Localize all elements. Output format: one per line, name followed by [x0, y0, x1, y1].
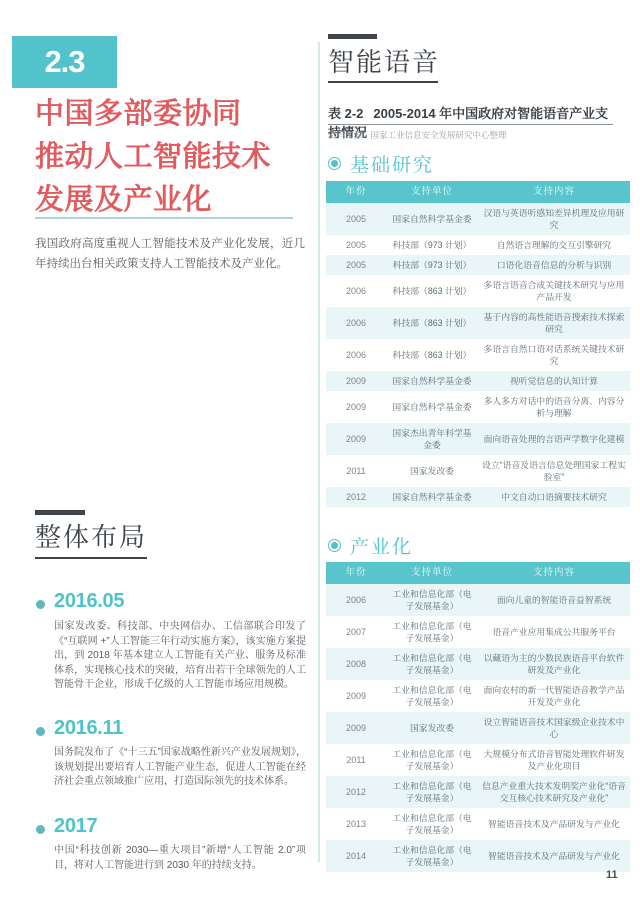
cell-support-content: 汉语与英语听感知差异机理及应用研究: [478, 203, 630, 235]
cell-year: 2009: [326, 391, 386, 423]
cell-year: 2011: [326, 744, 386, 776]
speech-heading: 智能语音: [328, 42, 440, 79]
cell-support-unit: 工业和信息化部（电子发展基金）: [386, 616, 478, 648]
section-header-industrialization: 产业化: [328, 532, 413, 559]
table-row: 2006科技部（863 计划）多语言自然口语对话系统关键技术研究: [326, 339, 630, 371]
table-row: 2012工业和信息化部（电子发展基金）信息产业重大技术发明奖产业化“语音交互核心…: [326, 776, 630, 808]
report-page: 2.3 中国多部委协同 推动人工智能技术 发展及产业化 我国政府高度重视人工智能…: [0, 0, 640, 905]
column-divider: [318, 42, 320, 862]
cell-support-content: 信息产业重大技术发明奖产业化“语音交互核心技术研究及产业化”: [478, 776, 630, 808]
industrialization-table: 年份支持单位支持内容2006工业和信息化部（电子发展基金）面向儿童的智能语音益智…: [326, 562, 630, 872]
table-row: 2006工业和信息化部（电子发展基金）面向儿童的智能语音益智系统: [326, 584, 630, 616]
page-title-line-2: 推动人工智能技术: [35, 136, 307, 179]
cell-support-content: 设立智能语音技术国家级企业技术中心: [478, 712, 630, 744]
cell-support-unit: 国家发改委: [386, 455, 478, 487]
cell-support-content: 多语言语音合成关键技术研究与应用产品开发: [478, 275, 630, 307]
cell-support-unit: 科技部（973 计划）: [386, 255, 478, 275]
cell-year: 2012: [326, 487, 386, 507]
timeline-date: 2016.05: [54, 590, 124, 613]
timeline-dot: [36, 600, 45, 609]
cell-support-content: 视听觉信息的认知计算: [478, 371, 630, 391]
bullseye-icon: [328, 157, 341, 170]
cell-support-unit: 工业和信息化部（电子发展基金）: [386, 776, 478, 808]
cell-support-unit: 国家发改委: [386, 712, 478, 744]
heading-underline: [328, 81, 438, 83]
timeline-entry-text: 中国“科技创新 2030—重大项目”新增“人工智能 2.0”项目，将对人工智能进…: [54, 844, 306, 873]
section-header-basic-research: 基础研究: [328, 150, 434, 177]
title-divider: [35, 217, 293, 219]
page-title: 中国多部委协同 推动人工智能技术 发展及产业化: [35, 93, 307, 222]
table-row: 2005科技部（973 计划）口语化语音信息的分析与识别: [326, 255, 630, 275]
column-header: 支持单位: [386, 562, 478, 584]
section-number-badge: 2.3: [12, 36, 117, 88]
page-number: 11: [606, 869, 618, 881]
cell-support-unit: 工业和信息化部（电子发展基金）: [386, 808, 478, 840]
heading-underline: [35, 557, 147, 559]
column-header: 年份: [326, 181, 386, 203]
cell-support-unit: 科技部（973 计划）: [386, 235, 478, 255]
cell-support-content: 口语化语音信息的分析与识别: [478, 255, 630, 275]
cell-support-unit: 国家自然科学基金委: [386, 391, 478, 423]
cell-support-unit: 科技部（863 计划）: [386, 275, 478, 307]
cell-support-content: 以藏语为主的少数民族语音平台软件研发及产业化: [478, 648, 630, 680]
table-row: 2009国家发改委设立智能语音技术国家级企业技术中心: [326, 712, 630, 744]
table-row: 2014工业和信息化部（电子发展基金）智能语音技术及产品研发与产业化: [326, 840, 630, 872]
cell-support-unit: 科技部（863 计划）: [386, 307, 478, 339]
timeline-entry-text: 国家发改委、科技部、中央网信办、工信部联合印发了《“互联网 +”人工智能三年行动…: [54, 620, 306, 693]
cell-support-content: 面向儿童的智能语音益智系统: [478, 584, 630, 616]
table-row: 2005国家自然科学基金委汉语与英语听感知差异机理及应用研究: [326, 203, 630, 235]
table-row: 2007工业和信息化部（电子发展基金）语音产业应用集成公共服务平台: [326, 616, 630, 648]
cell-support-content: 智能语音技术及产品研发与产业化: [478, 808, 630, 840]
cell-support-unit: 科技部（863 计划）: [386, 339, 478, 371]
table-row: 2009国家自然科学基金委多人多方对话中的语音分离、内容分析与理解: [326, 391, 630, 423]
table-caption-label: 表 2-2: [328, 106, 363, 121]
table-row: 2009国家自然科学基金委视听觉信息的认知计算: [326, 371, 630, 391]
column-header: 支持内容: [478, 562, 630, 584]
cell-year: 2005: [326, 235, 386, 255]
heading-accent-bar: [35, 510, 85, 515]
cell-support-content: 基于内容的高性能语音搜索技术探索研究: [478, 307, 630, 339]
intro-paragraph: 我国政府高度重视人工智能技术及产业化发展，近几年持续出台相关政策支持人工智能技术…: [35, 234, 305, 274]
cell-support-content: 设立“语音及语言信息处理国家工程实验室”: [478, 455, 630, 487]
bullseye-icon: [328, 539, 341, 552]
table-row: 2008工业和信息化部（电子发展基金）以藏语为主的少数民族语音平台软件研发及产业…: [326, 648, 630, 680]
cell-support-content: 多语言自然口语对话系统关键技术研究: [478, 339, 630, 371]
page-title-line-3: 发展及产业化: [35, 179, 307, 222]
cell-year: 2009: [326, 712, 386, 744]
cell-year: 2006: [326, 584, 386, 616]
table-row: 2009国家杰出青年科学基金委面向语音处理的言语声学数字化建模: [326, 423, 630, 455]
source-note: 资料来源：国家工业信息安全发展研究中心整理: [328, 129, 614, 141]
cell-support-unit: 工业和信息化部（电子发展基金）: [386, 744, 478, 776]
cell-year: 2008: [326, 648, 386, 680]
cell-year: 2006: [326, 339, 386, 371]
cell-year: 2011: [326, 455, 386, 487]
basic-research-table: 年份支持单位支持内容2005国家自然科学基金委汉语与英语听感知差异机理及应用研究…: [326, 181, 630, 507]
section-title: 基础研究: [350, 150, 434, 177]
cell-year: 2013: [326, 808, 386, 840]
cell-support-content: 多人多方对话中的语音分离、内容分析与理解: [478, 391, 630, 423]
timeline-entry-text: 国务院发布了《“十三五”国家战略性新兴产业发展规划》，该规划提出要培育人工智能产…: [54, 746, 306, 790]
column-header: 支持内容: [478, 181, 630, 203]
cell-support-unit: 工业和信息化部（电子发展基金）: [386, 840, 478, 872]
cell-support-content: 智能语音技术及产品研发与产业化: [478, 840, 630, 872]
cell-support-content: 自然语言理解的交互引擎研究: [478, 235, 630, 255]
cell-support-unit: 国家自然科学基金委: [386, 203, 478, 235]
heading-accent-bar: [328, 34, 377, 39]
table-row: 2006科技部（863 计划）多语言语音合成关键技术研究与应用产品开发: [326, 275, 630, 307]
layout-heading: 整体布局: [35, 517, 147, 554]
table-header-row: 年份支持单位支持内容: [326, 562, 630, 584]
cell-year: 2009: [326, 423, 386, 455]
table-row: 2012国家自然科学基金委中文自动口语摘要技术研究: [326, 487, 630, 507]
timeline-date: 2016.11: [54, 717, 123, 740]
cell-support-unit: 工业和信息化部（电子发展基金）: [386, 680, 478, 712]
cell-year: 2005: [326, 255, 386, 275]
page-title-line-1: 中国多部委协同: [35, 93, 307, 136]
cell-year: 2014: [326, 840, 386, 872]
table-row: 2005科技部（973 计划）自然语言理解的交互引擎研究: [326, 235, 630, 255]
cell-support-unit: 国家自然科学基金委: [386, 371, 478, 391]
cell-support-content: 语音产业应用集成公共服务平台: [478, 616, 630, 648]
cell-year: 2009: [326, 680, 386, 712]
cell-year: 2006: [326, 275, 386, 307]
cell-year: 2009: [326, 371, 386, 391]
cell-support-content: 面向语音处理的言语声学数字化建模: [478, 423, 630, 455]
cell-support-content: 面向农村的新一代智能语音教学产品开发及产业化: [478, 680, 630, 712]
column-header: 支持单位: [386, 181, 478, 203]
cell-support-unit: 国家杰出青年科学基金委: [386, 423, 478, 455]
cell-support-unit: 国家自然科学基金委: [386, 487, 478, 507]
cell-year: 2012: [326, 776, 386, 808]
cell-support-content: 中文自动口语摘要技术研究: [478, 487, 630, 507]
timeline-dot: [36, 727, 45, 736]
column-header: 年份: [326, 562, 386, 584]
cell-year: 2005: [326, 203, 386, 235]
cell-support-unit: 工业和信息化部（电子发展基金）: [386, 584, 478, 616]
caption-divider: [328, 124, 613, 125]
timeline-date: 2017: [54, 815, 97, 838]
cell-year: 2006: [326, 307, 386, 339]
timeline-dot: [36, 825, 45, 834]
cell-year: 2007: [326, 616, 386, 648]
section-title: 产业化: [350, 532, 413, 559]
table-row: 2006科技部（863 计划）基于内容的高性能语音搜索技术探索研究: [326, 307, 630, 339]
table-row: 2013工业和信息化部（电子发展基金）智能语音技术及产品研发与产业化: [326, 808, 630, 840]
table-header-row: 年份支持单位支持内容: [326, 181, 630, 203]
table-row: 2009工业和信息化部（电子发展基金）面向农村的新一代智能语音教学产品开发及产业…: [326, 680, 630, 712]
cell-support-content: 大规模分布式语音智能处理软件研发及产业化项目: [478, 744, 630, 776]
cell-support-unit: 工业和信息化部（电子发展基金）: [386, 648, 478, 680]
table-row: 2011工业和信息化部（电子发展基金）大规模分布式语音智能处理软件研发及产业化项…: [326, 744, 630, 776]
table-row: 2011国家发改委设立“语音及语言信息处理国家工程实验室”: [326, 455, 630, 487]
